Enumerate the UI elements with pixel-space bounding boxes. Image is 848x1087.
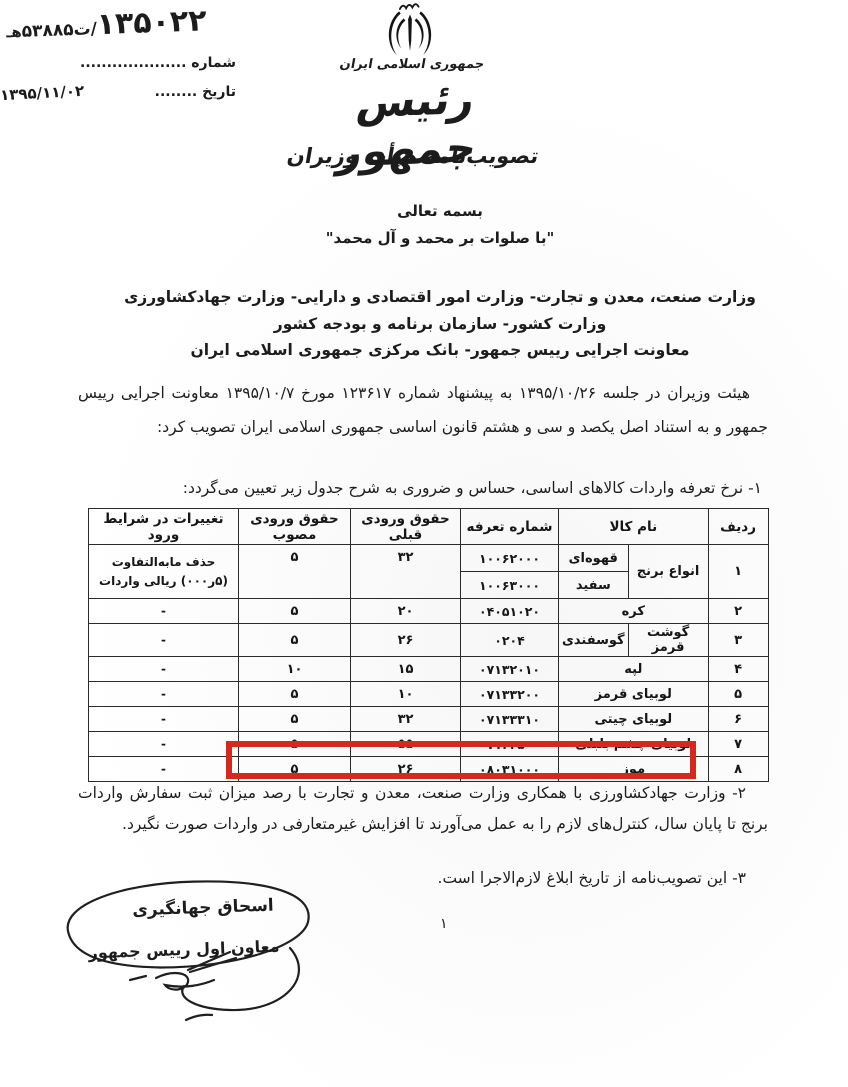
decree-document-page: ۱۳۵۰۲۲/ت۵۳۸۸۵هـ شماره ..................…	[0, 0, 848, 1087]
cell-prev-duty: ۱۰	[351, 682, 461, 707]
table-row: ۳ گوشت قرمز گوسفندی ۰۲۰۴ ۲۶ ۵ -	[89, 624, 769, 657]
invocation-besmeh: بسمه تعالی	[60, 202, 820, 220]
cell-prev-duty: ۲۶	[351, 624, 461, 657]
cell-entry-changes: -	[89, 599, 239, 624]
cell-tariff: ۰۴۰۵۱۰۲۰	[461, 599, 559, 624]
table-row-rice-brown: ۱ انواع برنج قهوه‌ای ۱۰۰۶۲۰۰۰ ۳۲ ۵ حذف م…	[89, 545, 769, 572]
cell-row-no: ۶	[708, 707, 768, 732]
cell-approved-duty: ۵	[239, 624, 351, 657]
header-row-no: ردیف	[708, 509, 768, 545]
header-prev-duty: حقوق ورودی قبلی	[351, 509, 461, 545]
cell-item-variant: قهوه‌ای	[559, 545, 629, 572]
header-item-name: نام کالا	[559, 509, 709, 545]
addressees-block: وزارت صنعت، معدن و تجارت- وزارت امور اقت…	[60, 284, 820, 364]
cell-tariff: ۰۷۱۳۲۰۱۰	[461, 657, 559, 682]
table-row: ۵ لوبیای قرمز ۰۷۱۳۳۲۰۰ ۱۰ ۵ -	[89, 682, 769, 707]
cell-row-no: ۵	[708, 682, 768, 707]
iran-emblem-icon	[374, 2, 446, 62]
cell-entry-changes: حذف مابه‌التفاوت (۵ر۰۰۰) ریالی واردات	[89, 545, 239, 599]
invocation-salawat: "با صلوات بر محمد و آل محمد"	[60, 229, 820, 247]
ref-number-handwritten: ۱۳۵۰۲۲/ت۵۳۸۸۵هـ	[5, 2, 256, 46]
addressee-line-1: وزارت صنعت، معدن و تجارت- وزارت امور اقت…	[60, 284, 820, 311]
red-highlight-box	[226, 741, 696, 779]
cell-item-name: گوشت قرمز	[628, 624, 708, 657]
page-marker: ۱	[440, 916, 448, 932]
cell-tariff: ۰۷۱۳۳۲۰۰	[461, 682, 559, 707]
table-header-row: ردیف نام کالا شماره تعرفه حقوق ورودی قبل…	[89, 509, 769, 545]
cell-row-no: ۴	[708, 657, 768, 682]
cell-item-variant: گوسفندی	[559, 624, 629, 657]
signature-block: اسحاق جهانگیری معاون اول رییس جمهور	[38, 874, 368, 1044]
number-label-line: شماره ....................	[50, 55, 236, 71]
cell-row-no: ۱	[708, 545, 768, 599]
cell-prev-duty: ۳۲	[351, 707, 461, 732]
ref-number-heh: هـ	[6, 23, 22, 42]
ref-number-suffix: /ت۵۳۸۸۵	[21, 19, 97, 42]
cell-entry-changes: -	[89, 707, 239, 732]
cell-entry-changes: -	[89, 657, 239, 682]
cell-prev-duty: ۱۵	[351, 657, 461, 682]
cell-approved-duty: ۱۰	[239, 657, 351, 682]
cell-approved-duty: ۵	[239, 545, 351, 599]
cell-entry-changes: -	[89, 732, 239, 757]
cell-item-variant: سفید	[559, 572, 629, 599]
cell-row-no: ۲	[708, 599, 768, 624]
cell-entry-changes: -	[89, 682, 239, 707]
cell-item-name: کره	[559, 599, 709, 624]
header-approved-duty: حقوق ورودی مصوب	[239, 509, 351, 545]
cell-prev-duty: ۳۲	[351, 545, 461, 599]
date-value-handwritten: ۱۳۹۵/۱۱/۰۲	[0, 82, 85, 104]
cell-approved-duty: ۵	[239, 682, 351, 707]
cell-row-no: ۳	[708, 624, 768, 657]
table-row: ۴ لپه ۰۷۱۳۲۰۱۰ ۱۵ ۱۰ -	[89, 657, 769, 682]
letterhead-doc-type: تصویب‌نامه هیأت وزیران	[280, 144, 546, 168]
letterhead-country: جمهوری اسلامی ایران	[307, 57, 518, 72]
table-row: ۲ کره ۰۴۰۵۱۰۲۰ ۲۰ ۵ -	[89, 599, 769, 624]
clause-2: ۲- وزارت جهادکشاورزی با همکاری وزارت صنع…	[78, 778, 768, 840]
cell-item-name: لپه	[559, 657, 709, 682]
cell-item-name: لوبیای چیتی	[559, 707, 709, 732]
cell-entry-changes: -	[89, 624, 239, 657]
cell-tariff: ۰۲۰۴	[461, 624, 559, 657]
cell-tariff: ۱۰۰۶۲۰۰۰	[461, 545, 559, 572]
addressee-line-2: وزارت کشور- سازمان برنامه و بودجه کشور	[60, 311, 820, 338]
cell-item-name: انواع برنج	[628, 545, 708, 599]
cell-row-no: ۷	[708, 732, 768, 757]
cell-tariff: ۱۰۰۶۳۰۰۰	[461, 572, 559, 599]
cell-tariff: ۰۷۱۳۳۳۱۰	[461, 707, 559, 732]
ref-number-main: ۱۳۵۰۲۲	[96, 3, 207, 42]
cell-prev-duty: ۲۰	[351, 599, 461, 624]
table-row: ۶ لوبیای چیتی ۰۷۱۳۳۳۱۰ ۳۲ ۵ -	[89, 707, 769, 732]
cell-approved-duty: ۵	[239, 599, 351, 624]
cell-approved-duty: ۵	[239, 707, 351, 732]
header-tariff-no: شماره تعرفه	[461, 509, 559, 545]
cell-item-name: لوبیای قرمز	[559, 682, 709, 707]
addressee-line-3: معاونت اجرایی رییس جمهور- بانک مرکزی جمه…	[60, 337, 820, 364]
header-entry-changes: تغییرات در شرایط ورود	[89, 509, 239, 545]
clause-1: ۱- نرخ تعرفه واردات کالاهای اساسی، حساس …	[78, 479, 768, 497]
intro-paragraph: هیئت وزیران در جلسه ۱۳۹۵/۱۰/۲۶ به پیشنها…	[78, 376, 768, 444]
